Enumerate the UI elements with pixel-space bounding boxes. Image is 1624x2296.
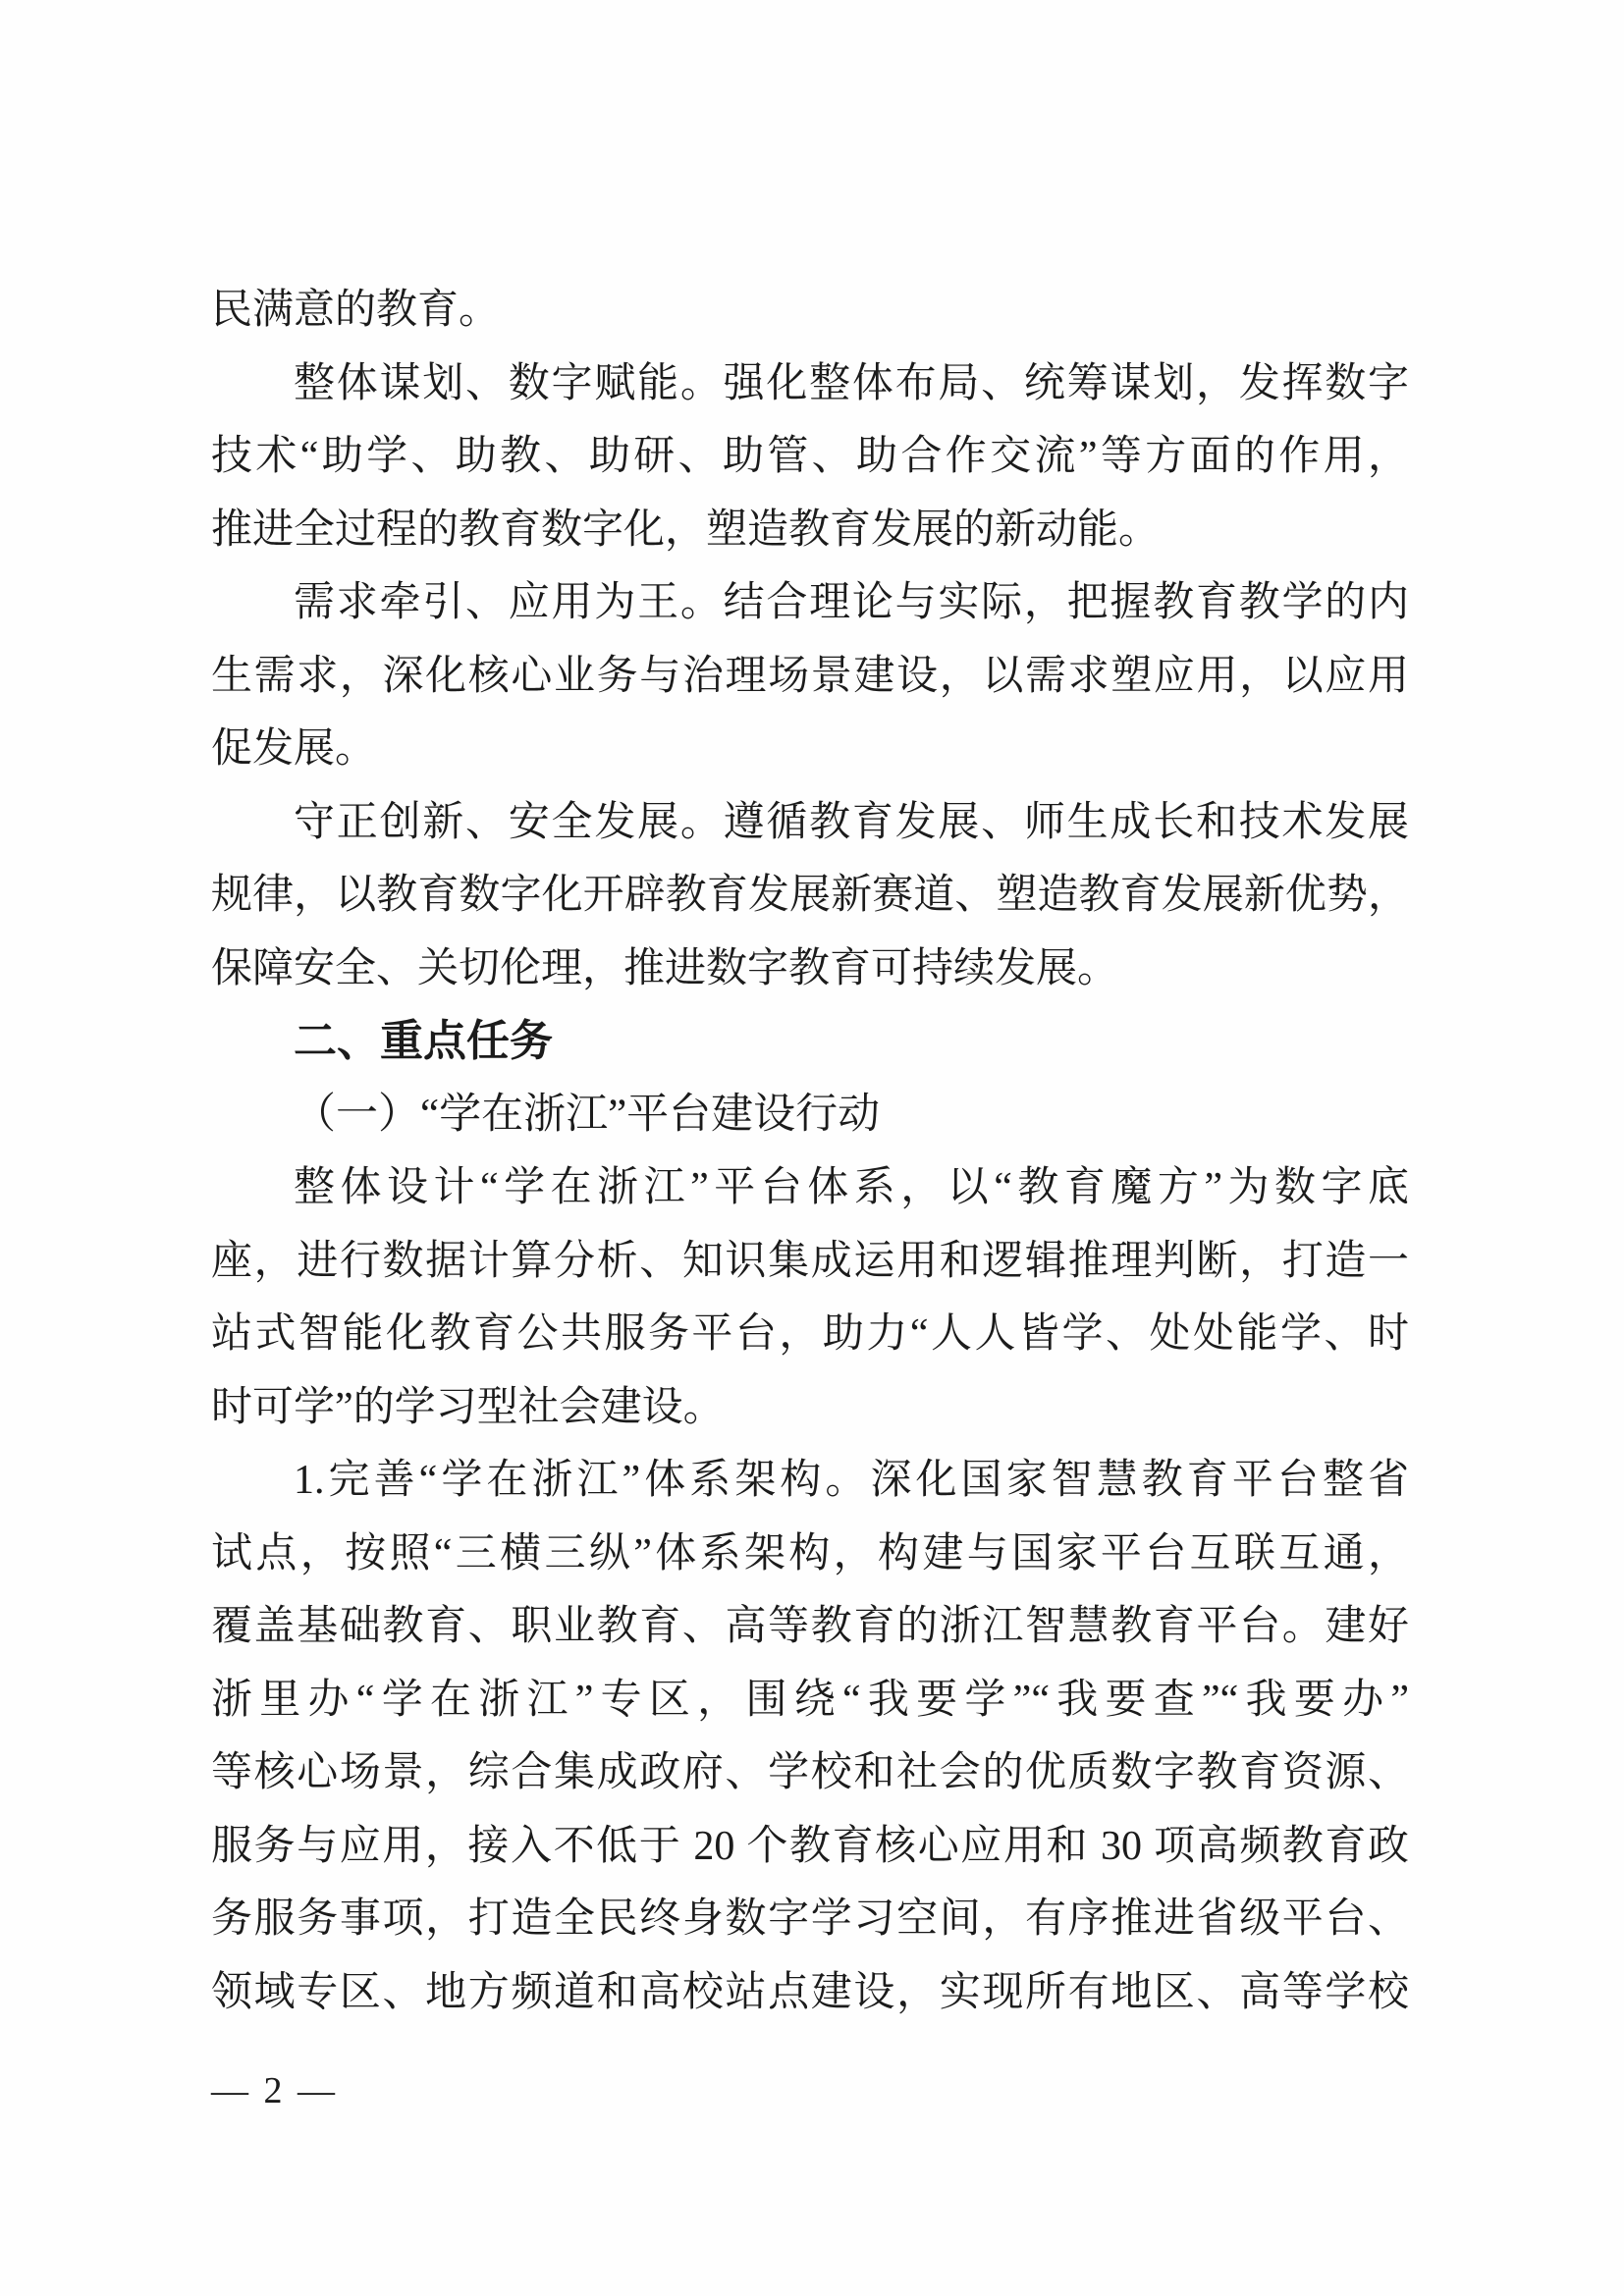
text-line: 试点，按照“三横三纵”体系架构，构建与国家平台互联互通， bbox=[211, 1518, 1409, 1591]
text-line: 需求牵引、应用为王。结合理论与实际，把握教育教学的内 bbox=[211, 566, 1409, 640]
text-line: 规律，以教育数字化开辟教育发展新赛道、塑造教育发展新优势， bbox=[211, 859, 1409, 933]
page-footer: — 2 — bbox=[211, 2066, 1409, 2115]
text-line: 整体设计“学在浙江”平台体系，以“教育魔方”为数字底 bbox=[211, 1151, 1409, 1225]
text-line: 时可学”的学习型社会建设。 bbox=[211, 1371, 1409, 1445]
text-line: 服务与应用，接入不低于 20 个教育核心应用和 30 项高频教育政 bbox=[211, 1810, 1409, 1884]
page-number: — 2 — bbox=[211, 2070, 338, 2111]
section-heading: 二、重点任务 bbox=[211, 1005, 1409, 1079]
document-page: 民满意的教育。 整体谋划、数字赋能。强化整体布局、统筹谋划，发挥数字 技术“助学… bbox=[0, 0, 1624, 2296]
text-line: 覆盖基础教育、职业教育、高等教育的浙江智慧教育平台。建好 bbox=[211, 1590, 1409, 1664]
text-line: 务服务事项，打造全民终身数字学习空间，有序推进省级平台、 bbox=[211, 1883, 1409, 1956]
text-line: 民满意的教育。 bbox=[211, 274, 1409, 347]
text-line: 促发展。 bbox=[211, 713, 1409, 786]
text-line: 生需求，深化核心业务与治理场景建设，以需求塑应用，以应用 bbox=[211, 640, 1409, 714]
text-line: 保障安全、关切伦理，推进数字教育可持续发展。 bbox=[211, 933, 1409, 1006]
text-line: 浙里办“学在浙江”专区，围绕“我要学”“我要查”“我要办” bbox=[211, 1664, 1409, 1737]
text-line: 座，进行数据计算分析、知识集成运用和逻辑推理判断，打造一 bbox=[211, 1225, 1409, 1299]
text-line: 等核心场景，综合集成政府、学校和社会的优质数字教育资源、 bbox=[211, 1736, 1409, 1810]
text-line: 推进全过程的教育数字化，塑造教育发展的新动能。 bbox=[211, 494, 1409, 567]
text-line: 守正创新、安全发展。遵循教育发展、师生成长和技术发展 bbox=[211, 786, 1409, 860]
subsection-heading: （一）“学在浙江”平台建设行动 bbox=[211, 1079, 1409, 1152]
text-line: 整体谋划、数字赋能。强化整体布局、统筹谋划，发挥数字 bbox=[211, 347, 1409, 421]
text-line: 技术“助学、助教、助研、助管、助合作交流”等方面的作用， bbox=[211, 420, 1409, 494]
document-body: 民满意的教育。 整体谋划、数字赋能。强化整体布局、统筹谋划，发挥数字 技术“助学… bbox=[211, 274, 1409, 2029]
text-line: 站式智能化教育公共服务平台，助力“人人皆学、处处能学、时 bbox=[211, 1298, 1409, 1371]
text-line: 1.完善“学在浙江”体系架构。深化国家智慧教育平台整省 bbox=[211, 1444, 1409, 1518]
text-line: 领域专区、地方频道和高校站点建设，实现所有地区、高等学校 bbox=[211, 1956, 1409, 2030]
